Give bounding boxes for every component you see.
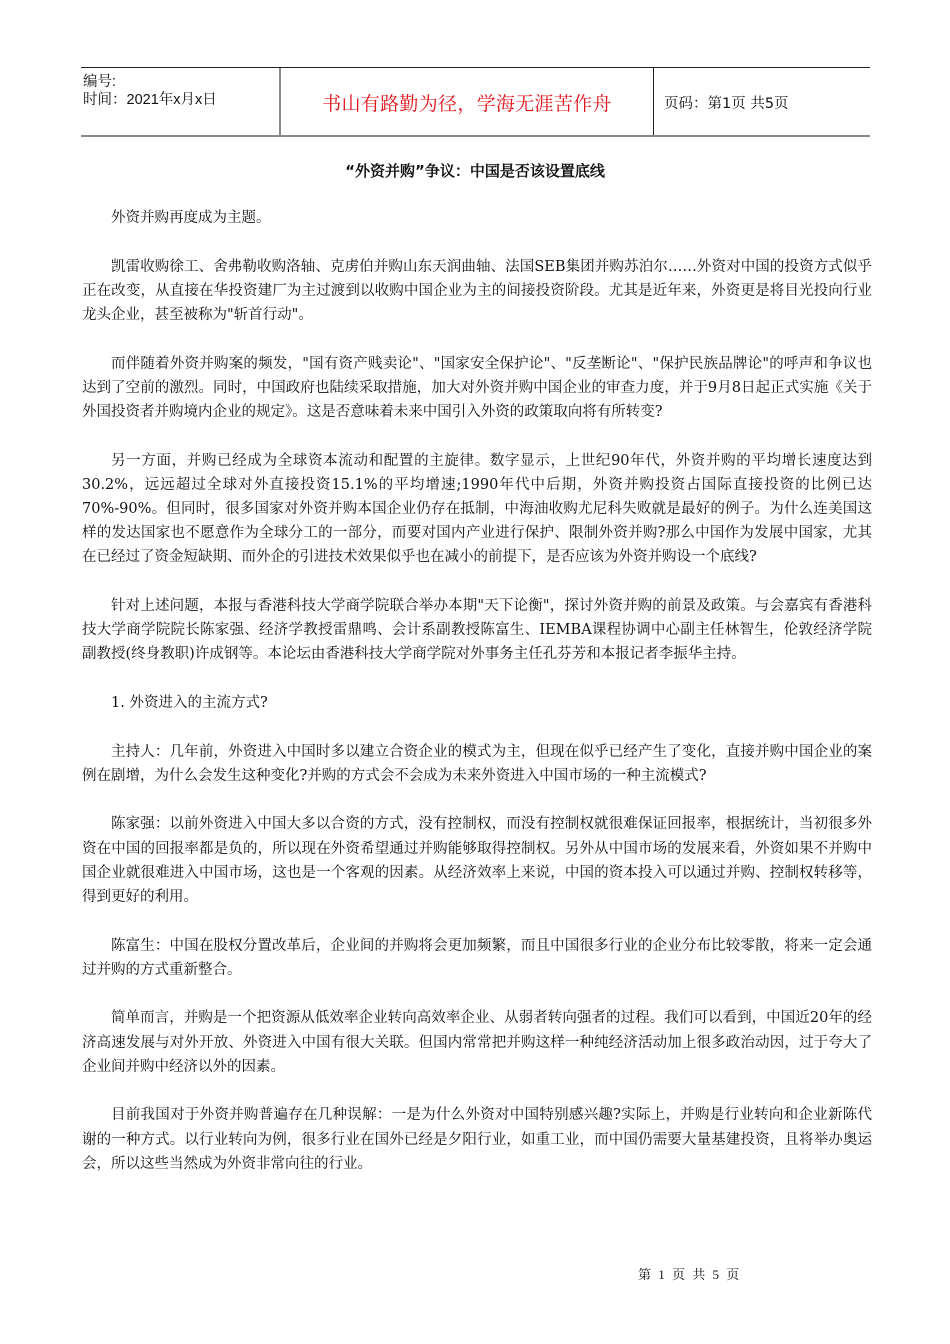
page-number-label: 页码：第1页 共5页 <box>664 92 789 113</box>
section-heading: 1. 外资进入的主流方式? <box>82 691 872 715</box>
header-table: 编号: 时间：2021年x月x日 书山有路勤为径，学海无涯苦作舟 页码：第1页 … <box>81 67 870 137</box>
document-body: 外资并购再度成为主题。 凯雷收购徐工、舍弗勒收购洛轴、克虏伯并购山东天润曲轴、法… <box>82 206 872 1200</box>
paragraph: 外资并购再度成为主题。 <box>82 206 872 230</box>
header-info-cell: 编号: 时间：2021年x月x日 <box>81 68 281 135</box>
paragraph: 凯雷收购徐工、舍弗勒收购洛轴、克虏伯并购山东天润曲轴、法国SEB集团并购苏泊尔…… <box>82 255 872 328</box>
footer-page-indicator: 第 1 页 共 5 页 <box>638 1264 741 1283</box>
paragraph: 主持人：几年前，外资进入中国时多以建立合资企业的模式为主，但现在似乎已经产生了变… <box>82 740 872 788</box>
paragraph: 而伴随着外资并购案的频发，"国有资产贱卖论"、"国家安全保护论"、"反垄断论"、… <box>82 352 872 425</box>
date-label: 时间：2021年x月x日 <box>83 91 279 109</box>
header-page-cell: 页码：第1页 共5页 <box>654 68 870 135</box>
motto-text: 书山有路勤为径，学海无涯苦作舟 <box>322 87 612 116</box>
paragraph: 目前我国对于外资并购普遍存在几种误解：一是为什么外资对中国特别感兴趣?实际上，并… <box>82 1103 872 1176</box>
document-title: “外资并购”争议：中国是否该设置底线 <box>0 160 950 181</box>
paragraph: 另一方面，并购已经成为全球资本流动和配置的主旋律。数字显示，上世纪90年代，外资… <box>82 449 872 570</box>
paragraph: 针对上述问题，本报与香港科技大学商学院联合举办本期"天下论衡"，探讨外资并购的前… <box>82 594 872 667</box>
paragraph: 简单而言，并购是一个把资源从低效率企业转向高效率企业、从弱者转向强者的过程。我们… <box>82 1006 872 1079</box>
header-motto-cell: 书山有路勤为径，学海无涯苦作舟 <box>281 68 654 135</box>
serial-number-label: 编号: <box>83 73 279 91</box>
paragraph: 陈家强：以前外资进入中国大多以合资的方式，没有控制权，而没有控制权就很难保证回报… <box>82 812 872 909</box>
paragraph: 陈富生：中国在股权分置改革后，企业间的并购将会更加频繁，而且中国很多行业的企业分… <box>82 934 872 982</box>
